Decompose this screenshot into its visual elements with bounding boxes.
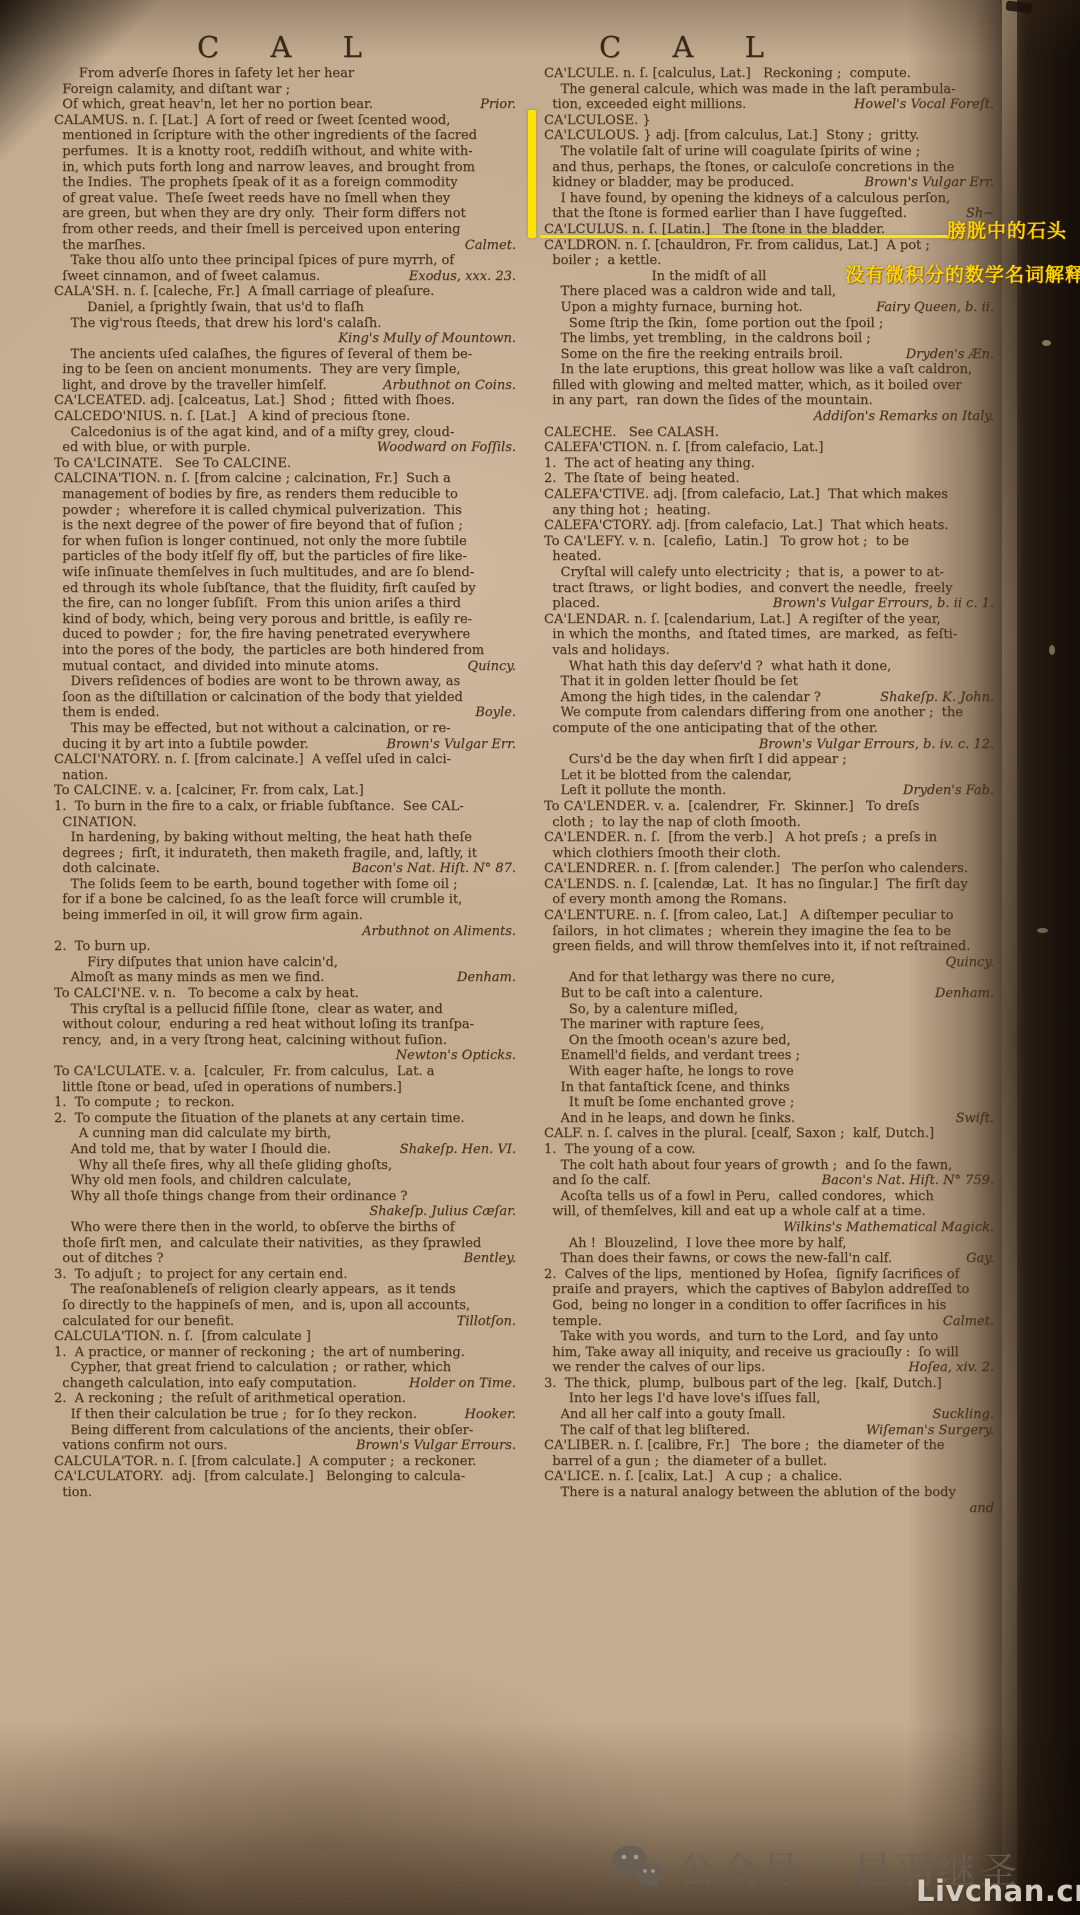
text-line: Some on the fire the reeking entrails br… <box>544 347 994 363</box>
line-attribution: Newton's Opticks. <box>396 1048 516 1064</box>
text-line: ing to be ſeen on ancient monuments. The… <box>54 362 516 378</box>
text-line: CA'LIBER. n. ſ. [calibre, Fr.] The bore … <box>544 1438 994 1454</box>
line-attribution: and <box>970 1501 994 1517</box>
text-line: I have found, by opening the kidneys of … <box>544 191 994 207</box>
text-line: What hath this day deſerv'd ? what hath … <box>544 659 994 675</box>
text-line: Foreign calamity, and diſtant war ; <box>54 82 516 98</box>
text-line: Addiſon's Remarks on Italy. <box>544 409 994 425</box>
line-text: calculated for our benefit. <box>54 1314 234 1329</box>
text-line: tract ſtraws, or light bodies, and conve… <box>544 581 994 597</box>
text-line: CA'LICE. n. ſ. [calix, Lat.] A cup ; a c… <box>544 1469 994 1485</box>
line-text: Than does their fawns, or cows the new-f… <box>544 1251 892 1266</box>
text-line: 1. The act of heating any thing. <box>544 456 994 472</box>
text-line: It muſt be ſome enchanted grove ; <box>544 1095 994 1111</box>
text-line: And told me, that by water I ſhould die.… <box>54 1142 516 1158</box>
text-line: Quincy. <box>544 955 994 971</box>
line-text: If then their calculation be true ; for … <box>54 1407 417 1422</box>
text-line: Acoſta tells us of a fowl in Peru, calle… <box>544 1189 994 1205</box>
text-line: mutual contact, and divided into minute … <box>54 659 516 675</box>
text-line: and ſo the calf.Bacon's Nat. Hiſt. N° 75… <box>544 1173 994 1189</box>
line-attribution: Quincy. <box>467 659 516 675</box>
line-text: and ſo the calf. <box>544 1173 651 1188</box>
text-line: CALCI'NATORY. n. ſ. [from calcinate.] A … <box>54 752 516 768</box>
line-text: light, and drove by the traveller himſel… <box>54 378 327 393</box>
text-line: little ſtone or bead, uſed in operations… <box>54 1080 516 1096</box>
highlight-underline <box>540 235 948 238</box>
text-line: ed through its whole ſubſtance, that the… <box>54 581 516 597</box>
text-line: CALCULA'TOR. n. ſ. [from calculate.] A c… <box>54 1454 516 1470</box>
text-line: filled with glowing and melted matter, w… <box>544 378 994 394</box>
page-header-left: C A L <box>197 30 383 64</box>
text-line: The ſolids ſeem to be earth, bound toget… <box>54 877 516 893</box>
text-line: changeth calculation, into eaſy computat… <box>54 1376 516 1392</box>
text-line: ſweet cinnamon, and of ſweet calamus.Exo… <box>54 269 516 285</box>
text-line: Arbuthnot on Aliments. <box>54 924 516 940</box>
line-attribution: Brown's Vulgar Err. <box>864 175 994 191</box>
text-line: The general calcule, which was made in t… <box>544 82 994 98</box>
text-line: the Indies. The prophets ſpeak of it as … <box>54 175 516 191</box>
line-attribution: Bacon's Nat. Hiſt. N° 87. <box>352 861 516 877</box>
text-line: CALEFA'CTORY. adj. [from calefacio, Lat.… <box>544 518 994 534</box>
text-line: Take with you words, and turn to the Lor… <box>544 1329 994 1345</box>
text-line: CALCINA'TION. n. ſ. [from calcine ; calc… <box>54 471 516 487</box>
text-line: Why all thoſe things change from their o… <box>54 1189 516 1205</box>
text-line: CINATION. <box>54 815 516 831</box>
line-attribution: Calmet. <box>465 238 516 254</box>
text-line: That it in golden letter ſhould be ſet <box>544 674 994 690</box>
text-line: Curs'd be the day when firſt I did appea… <box>544 752 994 768</box>
line-text: And told me, that by water I ſhould die. <box>54 1142 331 1157</box>
text-line: CALCULA'TION. n. ſ. [from calculate ] <box>54 1329 516 1345</box>
line-text: we render the calves of our lips. <box>544 1360 765 1375</box>
line-attribution: Tillotſon. <box>457 1314 516 1330</box>
text-line: To CA'LEFY. v. n. [calefio, Latin.] To g… <box>544 534 994 550</box>
line-text: out of ditches ? <box>54 1251 163 1266</box>
line-attribution: Hooker. <box>465 1407 516 1423</box>
text-line: are green, but when they are dry only. T… <box>54 206 516 222</box>
text-line: will, of themſelves, kill and eat up a w… <box>544 1204 994 1220</box>
text-line: This cryſtal is a pellucid fiſſile ſtone… <box>54 1002 516 1018</box>
text-line: the marſhes.Calmet. <box>54 238 516 254</box>
text-line: 1. To burn in the fire to a calx, or fri… <box>54 799 516 815</box>
text-line: without colour, enduring a red heat with… <box>54 1017 516 1033</box>
text-line: for when fuſion is longer continued, not… <box>54 534 516 550</box>
line-attribution: Exodus, xxx. 23. <box>409 269 516 285</box>
text-line: in any part, ran down the ſides of the m… <box>544 393 994 409</box>
line-text: kidney or bladder, may be produced. <box>544 175 794 190</box>
text-line: rency, and, in a very ſtrong heat, calci… <box>54 1033 516 1049</box>
text-line: of every month among the Romans. <box>544 892 994 908</box>
text-line: from other reeds, and their ſmell is per… <box>54 222 516 238</box>
text-line: To CALCI'NE. v. n. To become a calx by h… <box>54 986 516 1002</box>
line-attribution: Hoſea, xiv. 2. <box>908 1360 994 1376</box>
text-line: But to be caſt into a calenture.Denham. <box>544 986 994 1002</box>
text-line: To CA'LCINATE. See To CALCINE. <box>54 456 516 472</box>
text-line: kidney or bladder, may be produced.Brown… <box>544 175 994 191</box>
line-attribution: Swift. <box>956 1111 994 1127</box>
text-line: Daniel, a ſprightly ſwain, that us'd to … <box>54 300 516 316</box>
text-line: Almoſt as many minds as men we find.Denh… <box>54 970 516 986</box>
text-line: any thing hot ; heating. <box>544 503 994 519</box>
text-line: barrel of a gun ; the diameter of a bull… <box>544 1454 994 1470</box>
text-line: into the pores of the body, the particle… <box>54 643 516 659</box>
text-line: Ah ! Blouzelind, I love thee more by hal… <box>544 1236 994 1252</box>
text-line: ed with blue, or with purple.Woodward on… <box>54 440 516 456</box>
text-line: The calf of that leg bliſtered.Wiſeman's… <box>544 1423 994 1439</box>
line-attribution: Denham. <box>457 970 516 986</box>
line-text: placed. <box>544 596 600 611</box>
text-line: On the ſmooth ocean's azure bed, <box>544 1033 994 1049</box>
line-attribution: Arbuthnot on Coins. <box>383 378 516 394</box>
line-text: ducing it by art into a ſubtile powder. <box>54 737 309 752</box>
text-line: CA'LCULOUS. } adj. [from calculus, Lat.]… <box>544 128 994 144</box>
text-line: Enamell'd fields, and verdant trees ; <box>544 1048 994 1064</box>
line-text: that the ſtone is formed earlier than I … <box>544 206 907 221</box>
text-line: degrees ; firſt, it indurateth, then mak… <box>54 846 516 862</box>
text-line: that the ſtone is formed earlier than I … <box>544 206 994 222</box>
text-line: So, by a calenture miſled, <box>544 1002 994 1018</box>
text-line: CA'LENTURE. n. ſ. [from caleo, Lat.] A d… <box>544 908 994 924</box>
line-text: temple. <box>544 1314 602 1329</box>
text-line: compute of the one anticipating that of … <box>544 721 994 737</box>
text-line: And for that lethargy was there no cure, <box>544 970 994 986</box>
text-line: cloth ; to lay the nap of cloth ſmooth. <box>544 815 994 831</box>
page-header-right: C A L <box>599 30 785 64</box>
line-attribution: Shakeſp. Julius Cæſar. <box>369 1204 516 1220</box>
text-line: With eager haſte, he longs to rove <box>544 1064 994 1080</box>
text-line: There is a natural analogy between the a… <box>544 1485 994 1501</box>
text-line: and <box>544 1501 994 1517</box>
text-line: 1. To compute ; to reckon. <box>54 1095 516 1111</box>
text-line: King's Mully of Mountown. <box>54 331 516 347</box>
edge-speck <box>1037 928 1048 933</box>
text-line: 1. A practice, or manner of reckoning ; … <box>54 1345 516 1361</box>
text-line: Cryſtal will calefy unto electricity ; t… <box>544 565 994 581</box>
text-line: CA'LCEATED. adj. [calceatus, Lat.] Shod … <box>54 393 516 409</box>
line-attribution: Brown's Vulgar Errours, b. iv. c. 12. <box>759 737 994 753</box>
text-line: Why old men fools, and children calculat… <box>54 1173 516 1189</box>
text-line: which clothiers ſmooth their cloth. <box>544 846 994 862</box>
text-line: 2. To compute the ſituation of the plane… <box>54 1111 516 1127</box>
text-line: calculated for our benefit.Tillotſon. <box>54 1314 516 1330</box>
line-text: vations confirm not ours. <box>54 1438 227 1453</box>
line-text: mutual contact, and divided into minute … <box>54 659 379 674</box>
text-line: 2. The ſtate of being heated. <box>544 471 994 487</box>
text-line: in, which puts forth long and narrow lea… <box>54 160 516 176</box>
text-line: CALEFA'CTION. n. ſ. [from calefacio, Lat… <box>544 440 994 456</box>
text-line: 2. To burn up. <box>54 939 516 955</box>
text-line: light, and drove by the traveller himſel… <box>54 378 516 394</box>
text-line: CALECHE. See CALASH. <box>544 425 994 441</box>
edge-speck <box>1042 340 1051 346</box>
text-line: Brown's Vulgar Errours, b. iv. c. 12. <box>544 737 994 753</box>
text-line: Let it be blotted from the calendar, <box>544 768 994 784</box>
annotation-calculus-note: 没有微积分的数学名词解释 <box>845 260 1080 287</box>
text-line: perfumes. It is a knotty root, reddiſh w… <box>54 144 516 160</box>
text-line: And all her calf into a gouty ſmall.Suck… <box>544 1407 994 1423</box>
text-line: temple.Calmet. <box>544 1314 994 1330</box>
line-text: Leſt it pollute the month. <box>544 783 726 798</box>
text-line: 2. A reckoning ; the reſult of arithmeti… <box>54 1391 516 1407</box>
text-line: nation. <box>54 768 516 784</box>
line-attribution: Brown's Vulgar Errours. <box>356 1438 516 1454</box>
line-attribution: Denham. <box>935 986 994 1002</box>
line-attribution: Bentley. <box>464 1251 516 1267</box>
text-line: God, being no longer in a condition to o… <box>544 1298 994 1314</box>
text-line: The vig'rous ſteeds, that drew his lord'… <box>54 316 516 332</box>
line-text: ſweet cinnamon, and of ſweet calamus. <box>54 269 320 284</box>
text-line: for if a bone be calcined, ſo as the lea… <box>54 892 516 908</box>
line-attribution: Howel's Vocal Foreſt. <box>854 97 994 113</box>
text-line: In that fantaſtick ſcene, and thinks <box>544 1080 994 1096</box>
text-line: Being different from calculations of the… <box>54 1423 516 1439</box>
text-line: Newton's Opticks. <box>54 1048 516 1064</box>
line-text: But to be caſt into a calenture. <box>544 986 763 1001</box>
text-line: The mariner with rapture ſees, <box>544 1017 994 1033</box>
highlight-bar <box>528 110 536 238</box>
text-line: praiſe and prayers, which the captives o… <box>544 1282 994 1298</box>
text-line: The colt hath about four years of growth… <box>544 1158 994 1174</box>
text-line: Why all theſe fires, why all theſe glidi… <box>54 1158 516 1174</box>
text-line: placed.Brown's Vulgar Errours, b. ii c. … <box>544 596 994 612</box>
text-line: particles of the body itſelf fly off, bu… <box>54 549 516 565</box>
line-attribution: Shakeſp. Hen. VI. <box>400 1142 516 1158</box>
text-line: In hardening, by baking without melting,… <box>54 830 516 846</box>
text-line: CALEFA'CTIVE. adj. [from calefacio, Lat.… <box>544 487 994 503</box>
line-attribution: King's Mully of Mountown. <box>338 331 516 347</box>
text-line: tion, exceeded eight millions.Howel's Vo… <box>544 97 994 113</box>
text-line: the fire, can no longer ſubſiſt. From th… <box>54 596 516 612</box>
line-attribution: Gay. <box>966 1251 994 1267</box>
text-line: ſo directly to the happineſs of men, and… <box>54 1298 516 1314</box>
text-line: CA'LCULOSE. } <box>544 113 994 129</box>
text-line: Cypher, that great friend to calculation… <box>54 1360 516 1376</box>
text-line: him, Take away all iniquity, and receive… <box>544 1345 994 1361</box>
text-line: Take thou alſo unto thee principal ſpice… <box>54 253 516 269</box>
text-line: The reaſonableneſs of religion clearly a… <box>54 1282 516 1298</box>
text-line: CA'LCULATORY. adj. [from calculate.] Bel… <box>54 1469 516 1485</box>
text-line: Calcedonius is of the agat kind, and of … <box>54 425 516 441</box>
text-line: Divers reſidences of bodies are wont to … <box>54 674 516 690</box>
text-line: CA'LCULE. n. ſ. [calculus, Lat.] Reckoni… <box>544 66 994 82</box>
line-attribution: Addiſon's Remarks on Italy. <box>814 409 994 425</box>
page-edge-highlight <box>1002 0 1017 1890</box>
text-line: green fields, and will throw themſelves … <box>544 939 994 955</box>
line-text: changeth calculation, into eaſy computat… <box>54 1376 357 1391</box>
line-attribution: Suckling. <box>932 1407 994 1423</box>
line-text: Some on the fire the reeking entrails br… <box>544 347 843 362</box>
text-line: 3. To adjuſt ; to project for any certai… <box>54 1267 516 1283</box>
text-line: In the late eruptions, this great hollow… <box>544 362 994 378</box>
line-text: Almoſt as many minds as men we find. <box>54 970 324 985</box>
text-line: Of which, great heav'n, let her no porti… <box>54 97 516 113</box>
line-text: Among the high tides, in the calendar ? <box>544 690 821 705</box>
text-line: CA'LENDAR. n. ſ. [calendarium, Lat.] A r… <box>544 612 994 628</box>
line-attribution: Bacon's Nat. Hiſt. N° 759. <box>821 1173 994 1189</box>
text-line: them is ended.Boyle. <box>54 705 516 721</box>
text-line: ducing it by art into a ſubtile powder.B… <box>54 737 516 753</box>
line-attribution: Prior. <box>480 97 516 113</box>
line-text: doth calcinate. <box>54 861 160 876</box>
text-line: CALF. n. ſ. calves in the plural. [cealf… <box>544 1126 994 1142</box>
text-line: powder ; wherefore it is called chymical… <box>54 503 516 519</box>
text-line: CA'LENDS. n. ſ. [calendæ, Lat. It has no… <box>544 877 994 893</box>
line-text: And in he leaps, and down he ſinks. <box>544 1111 795 1126</box>
text-line: To CA'LENDER. v. a. [calendrer, Fr. Skin… <box>544 799 994 815</box>
text-line: wiſe inſinuate themſelves in ſuch multit… <box>54 565 516 581</box>
text-line: in which the months, and ſtated times, a… <box>544 627 994 643</box>
text-line: A cunning man did calculate my birth, <box>54 1126 516 1142</box>
wechat-icon <box>612 1845 664 1889</box>
line-text: Upon a mighty furnace, burning hot. <box>544 300 802 315</box>
text-line: Than does their fawns, or cows the new-f… <box>544 1251 994 1267</box>
text-line: Among the high tides, in the calendar ?S… <box>544 690 994 706</box>
text-line: The ancients uſed calaſhes, the figures … <box>54 347 516 363</box>
text-line: tion. <box>54 1485 516 1501</box>
text-line: we render the calves of our lips.Hoſea, … <box>544 1360 994 1376</box>
text-line: CALAMUS. n. ſ. [Lat.] A ſort of reed or … <box>54 113 516 129</box>
text-line: CA'LENDER. n. ſ. [from the verb.] A hot … <box>544 830 994 846</box>
text-line: Firy diſputes that union have calcin'd, <box>54 955 516 971</box>
text-line: From adverſe ſhores in ſafety let her he… <box>54 66 516 82</box>
text-line: duced to powder ; for, the fire having p… <box>54 627 516 643</box>
line-attribution: Boyle. <box>475 705 516 721</box>
line-attribution: Calmet. <box>943 1314 994 1330</box>
text-line: CALCEDO'NIUS. n. ſ. [Lat.] A kind of pre… <box>54 409 516 425</box>
line-attribution: Brown's Vulgar Err. <box>386 737 516 753</box>
line-text: into the pores of the body, the particle… <box>54 643 484 658</box>
text-line: out of ditches ?Bentley. <box>54 1251 516 1267</box>
left-column: From adverſe ſhores in ſafety let her he… <box>54 66 516 1501</box>
text-line: 3. The thick, plump, bulbous part of the… <box>544 1376 994 1392</box>
text-line: This may be effected, but not without a … <box>54 721 516 737</box>
text-line: vations confirm not ours.Brown's Vulgar … <box>54 1438 516 1454</box>
text-line: Some ſtrip the ſkin, ſome portion out th… <box>544 316 994 332</box>
line-attribution: Wilkins's Mathematical Magick. <box>783 1220 994 1236</box>
line-text: ed with blue, or with purple. <box>54 440 251 455</box>
text-line: thoſe firſt men, and calculate their nat… <box>54 1236 516 1252</box>
line-attribution: Holder on Time. <box>409 1376 516 1392</box>
line-attribution: Arbuthnot on Aliments. <box>362 924 516 940</box>
text-line: of great value. Theſe ſweet reeds have n… <box>54 191 516 207</box>
line-text: The calf of that leg bliſtered. <box>544 1423 750 1438</box>
text-line: mentioned in ſcripture with the other in… <box>54 128 516 144</box>
line-attribution: Wiſeman's Surgery. <box>866 1423 994 1439</box>
text-line: 2. Calves of the lips, mentioned by Hoſe… <box>544 1267 994 1283</box>
text-line: If then their calculation be true ; for … <box>54 1407 516 1423</box>
line-attribution: Quincy. <box>945 955 994 971</box>
text-line: doth calcinate.Bacon's Nat. Hiſt. N° 87. <box>54 861 516 877</box>
line-text: the marſhes. <box>54 238 146 253</box>
text-line: Upon a mighty furnace, burning hot.Fairy… <box>544 300 994 316</box>
text-line: CA'LDRON. n. ſ. [chauldron, Fr. from cal… <box>544 238 994 254</box>
text-line: ſailors, in hot climates ; wherein they … <box>544 924 994 940</box>
text-line: heated. <box>544 549 994 565</box>
dictionary-page-photo: C A L C A L From adverſe ſhores in ſafet… <box>0 0 1080 1915</box>
line-text: And all her calf into a gouty ſmall. <box>544 1407 786 1422</box>
line-text: Of which, great heav'n, let her no porti… <box>54 97 373 112</box>
text-line: Shakeſp. Julius Cæſar. <box>54 1204 516 1220</box>
text-line: and thus, perhaps, the ſtones, or calcul… <box>544 160 994 176</box>
text-line: Into her legs I'd have love's iſſues fal… <box>544 1391 994 1407</box>
text-line: The limbs, yet trembling, in the caldron… <box>544 331 994 347</box>
line-attribution: Shakeſp. K. John. <box>880 690 994 706</box>
line-attribution: Dryden's Æn. <box>906 347 994 363</box>
text-line: To CA'LCULATE. v. a. [calculer, Fr. from… <box>54 1064 516 1080</box>
text-line: being immerſed in oil, it will grow firm… <box>54 908 516 924</box>
text-line: CALA'SH. n. ſ. [caleche, Fr.] A ſmall ca… <box>54 284 516 300</box>
text-line: Wilkins's Mathematical Magick. <box>544 1220 994 1236</box>
text-line: management of bodies by fire, as renders… <box>54 487 516 503</box>
text-line: CA'LENDRER. n. ſ. [from calender.] The p… <box>544 861 994 877</box>
text-line: vals and holidays. <box>544 643 994 659</box>
line-text: them is ended. <box>54 705 160 720</box>
text-line: 1. The young of a cow. <box>544 1142 994 1158</box>
line-attribution: Fairy Queen, b. ii. <box>876 300 994 316</box>
line-text: tion, exceeded eight millions. <box>544 97 746 112</box>
text-line: Who were there then in the world, to obſ… <box>54 1220 516 1236</box>
text-line: ſoon as the diſtillation or calcination … <box>54 690 516 706</box>
watermark-site: Livchan.cn <box>916 1874 1080 1908</box>
text-line: Leſt it pollute the month.Dryden's Fab. <box>544 783 994 799</box>
line-attribution: Woodward on Foſſils. <box>377 440 516 456</box>
text-line: is the next degree of the power of fire … <box>54 518 516 534</box>
line-attribution: Dryden's Fab. <box>903 783 994 799</box>
text-line: And in he leaps, and down he ſinks.Swift… <box>544 1111 994 1127</box>
line-attribution: Brown's Vulgar Errours, b. ii c. 1. <box>773 596 994 612</box>
text-line: The volatile ſalt of urine will coagulat… <box>544 144 994 160</box>
text-line: We compute from calendars differing from… <box>544 705 994 721</box>
edge-speck <box>1049 645 1055 655</box>
text-line: kind of body, which, being very porous a… <box>54 612 516 628</box>
text-line: To CALCINE. v. a. [calciner, Fr. from ca… <box>54 783 516 799</box>
